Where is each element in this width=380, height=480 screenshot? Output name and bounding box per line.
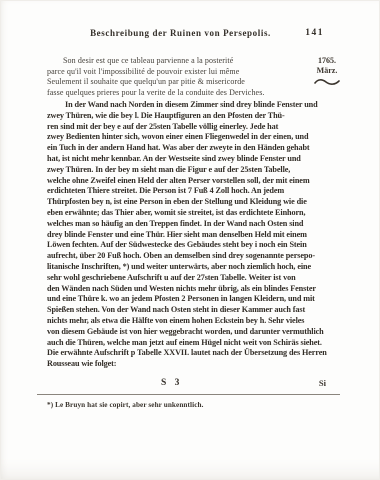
- body-text-line: sehr wohl geschriebene Aufschrift u auf …: [47, 273, 332, 284]
- french-line: Son desir est que ce tableau parvienne a…: [47, 56, 299, 67]
- body-text-line: Spießen stehen. Von der Wand nach Osten …: [47, 305, 332, 316]
- body-text-line: den Wänden nach Süden und Westen nichts …: [47, 284, 332, 295]
- margin-date-note: 1765. März.: [303, 56, 351, 86]
- signature-mark: S 3: [161, 378, 182, 388]
- body-text-line: ren sind mit der bey e auf der 25sten Ta…: [47, 122, 332, 133]
- body-text-line: ein Tuch in der andern Hand hat. Was abe…: [47, 143, 332, 154]
- body-text-line: erdichteten Thiere streitet. Die Person …: [47, 186, 332, 197]
- body-text-line: zwey Thüren. In der bey m sieht man die …: [47, 165, 332, 176]
- body-text-line: Rousseau wie folget:: [47, 359, 332, 370]
- margin-month: März.: [303, 66, 351, 76]
- page-body: Beschreibung der Ruinen von Persepolis. …: [0, 0, 380, 480]
- scanned-book-page: Beschreibung der Ruinen von Persepolis. …: [0, 0, 380, 480]
- body-text-line: welche ohne Zweifel einen Held der alten…: [47, 176, 332, 187]
- body-text-line: In der Wand nach Norden in diesem Zimmer…: [47, 100, 332, 111]
- body-text-line: litanische Inschriften, *) und weiter un…: [47, 262, 332, 273]
- body-text-line: aufrecht, über 20 Fuß hoch. Oben an dems…: [47, 251, 332, 262]
- footer-row: S 3 Si: [47, 378, 332, 390]
- body-text-line: hat, ist nicht mehr kennbar. An der West…: [47, 154, 332, 165]
- body-text-line: und eine Thüre k. wo an jedem Pfosten 2 …: [47, 294, 332, 305]
- page-header: Beschreibung der Ruinen von Persepolis. …: [47, 28, 332, 42]
- french-quote-paragraph: Son desir est que ce tableau parvienne a…: [47, 56, 299, 98]
- footnote-divider: [37, 394, 340, 395]
- body-text-line: auch die Thüren, welche man jetzt auf ei…: [47, 338, 332, 349]
- french-line: parce qu'il voit l'impossibilité de pouv…: [47, 67, 299, 78]
- body-text-line: Thürpfosten bey n, ist eine Person in eb…: [47, 197, 332, 208]
- main-text-paragraph: In der Wand nach Norden in diesem Zimmer…: [47, 100, 332, 370]
- french-line: fasse quelques prieres pour la verite de…: [47, 88, 299, 99]
- body-text-line: Die erwähnte Aufschrift p Tabelle XXVII.…: [47, 348, 332, 359]
- margin-year: 1765.: [303, 56, 351, 66]
- page-number: 141: [305, 28, 324, 38]
- body-text-line: nichts mehr, als etwa die Hälfte von ein…: [47, 316, 332, 327]
- body-text-line: von diesem Gebäude ist von hier weggebra…: [47, 327, 332, 338]
- body-text-line: welches man so häufig an den Treppen fin…: [47, 219, 332, 230]
- running-title: Beschreibung der Ruinen von Persepolis.: [57, 28, 304, 38]
- catchword: Si: [319, 378, 326, 388]
- footnote-text: *) Le Bruyn hat sie copirt, aber sehr un…: [47, 401, 332, 409]
- swash-ornament-icon: [314, 78, 340, 86]
- body-text-line: eben erwähnte; das Thier aber, womit sie…: [47, 208, 332, 219]
- body-text-line: Löwen fechten. Auf der Südwestecke des G…: [47, 240, 332, 251]
- body-text-line: zwey Bedienten hinter sich, wovon einer …: [47, 132, 332, 143]
- body-text-line: drey blinde Fenster und eine Thür. Hier …: [47, 230, 332, 241]
- french-line: Seulement il souhaite que quelqu'un par …: [47, 77, 299, 88]
- body-text-line: zwey Thüren, wie die bey l. Die Hauptfig…: [47, 111, 332, 122]
